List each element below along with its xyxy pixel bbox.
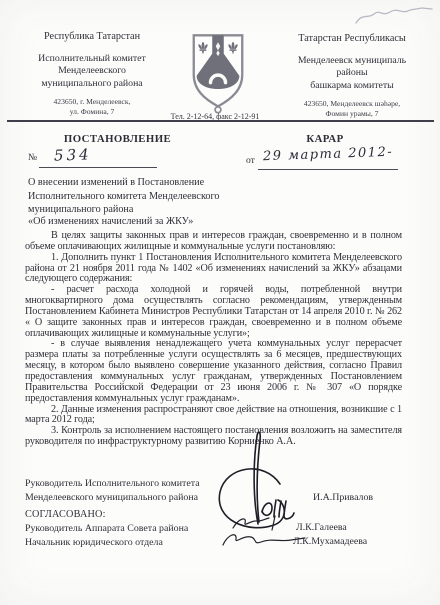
subject-block: О внесении изменений в Постановление Исп… <box>28 177 278 229</box>
date-label: от <box>246 156 255 166</box>
letterhead-right: Татарстан Республикасы Менделеевск муниц… <box>268 33 436 118</box>
number-underline <box>39 167 157 168</box>
org-name-tat-line3: башкарма комитеты <box>268 80 436 93</box>
agreement-title-1: Руководитель Аппарата Совета района <box>25 522 188 536</box>
doc-title-ru: ПОСТАНОВЛЕНИЕ <box>25 133 210 145</box>
paragraph-item-1-dash-2: - в случае выявления ненадлежащего учета… <box>25 339 402 404</box>
paragraph-item-1: 1. Дополнить пункт 1 Постановления Испол… <box>25 253 402 286</box>
doc-title-tat: КАРАР <box>235 133 415 145</box>
handwritten-number: 534 <box>54 145 92 164</box>
republic-name-ru: Республика Татарстан <box>12 31 172 44</box>
number-label: № <box>28 153 37 163</box>
date-underline <box>258 169 398 170</box>
body-text: В целях защиты законных прав и интересов… <box>25 231 402 448</box>
republic-name-tat: Татарстан Республикасы <box>268 33 436 46</box>
org-name-ru-line2: Менделеевского <box>12 65 172 78</box>
agreed-label: СОГЛАСОВАНО: <box>25 509 106 520</box>
subject-line: О внесении изменений в Постановление <box>28 177 278 189</box>
address-tat: 423650, Менделеевск шәһәре, Фомин урамы,… <box>268 99 436 118</box>
scanned-document-page: Республика Татарстан Исполнительный коми… <box>0 0 440 605</box>
coat-of-arms-icon <box>189 33 247 115</box>
org-name-ru-line3: муниципального района <box>12 78 172 91</box>
letterhead-divider <box>7 120 434 122</box>
agreement-title-2: Начальник юридического отдела <box>25 536 163 550</box>
subject-line: муниципального района <box>28 204 278 216</box>
handwritten-date: 29 марта 2012- <box>263 145 394 165</box>
corner-pencil-scribble <box>352 3 436 29</box>
paragraph-item-1-dash-1: - расчет расхода холодной и горячей воды… <box>25 285 402 339</box>
org-name-ru-line1: Исполнительный комитет <box>12 53 172 66</box>
paragraph-item-2: 2. Данные изменения распространяют свое … <box>25 405 402 427</box>
head-name: И.А.Привалов <box>313 492 373 503</box>
letterhead-left: Республика Татарстан Исполнительный коми… <box>12 31 172 116</box>
paragraph-preamble: В целях защиты законных прав и интересов… <box>25 231 402 253</box>
address-ru: 423650, г. Менделеевск, ул. Фомина, 7 <box>12 97 172 116</box>
org-name-tat-line1: Менделеевск муниципаль <box>268 55 436 68</box>
subject-line: Исполнительного комитета Менделеевского <box>28 191 278 203</box>
agreement-signature-2 <box>219 529 311 551</box>
org-name-tat-line2: районы <box>268 67 436 80</box>
subject-line: «Об изменениях начислений за ЖКУ» <box>28 216 278 228</box>
